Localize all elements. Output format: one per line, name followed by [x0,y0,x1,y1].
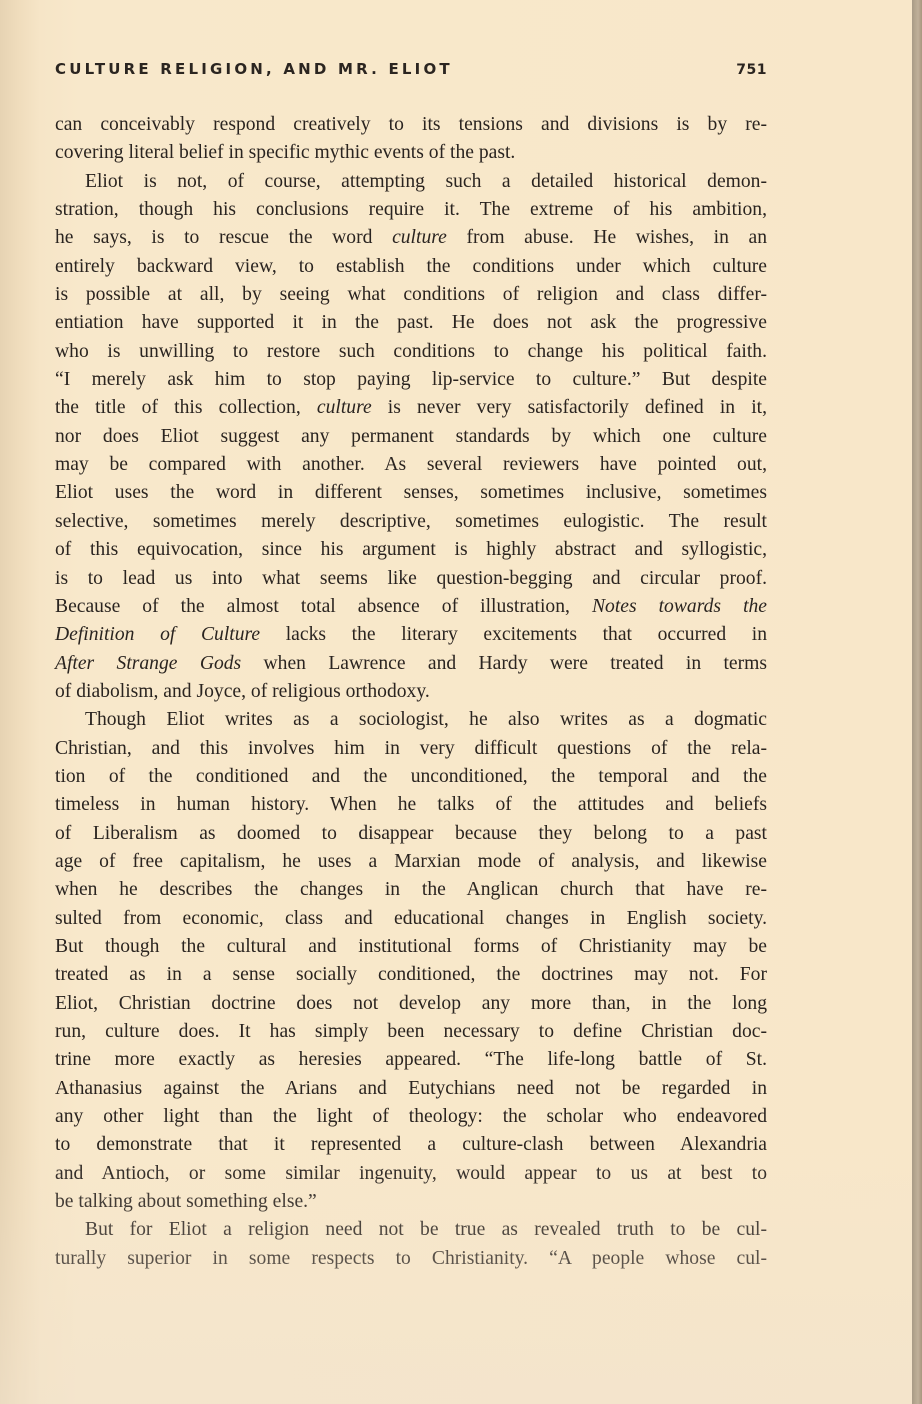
text-line: Christian, and this involves him in very… [55,735,767,763]
text-segment: covering literal belief in specific myth… [55,142,515,163]
italic-title-segment: Definition of Culture [55,624,260,645]
text-line: nor does Eliot suggest any permanent sta… [55,423,767,451]
text-line: of Liberalism as doomed to disappear bec… [55,820,767,848]
text-segment: of this equivocation, since his argument… [55,539,767,560]
running-head-title: CULTURE RELIGION, AND MR. ELIOT [55,60,453,78]
text-segment: is to lead us into what seems like quest… [55,568,767,589]
text-line: of this equivocation, since his argument… [55,536,767,564]
text-segment: selective, sometimes merely descriptive,… [55,511,767,532]
text-segment: Eliot is not, of course, attempting such… [85,171,767,192]
text-segment: can conceivably respond creatively to it… [55,114,767,135]
text-segment: to demonstrate that it represented a cul… [55,1134,767,1155]
book-page: CULTURE RELIGION, AND MR. ELIOT 751 can … [0,0,912,1404]
text-line: entiation have supported it in the past.… [55,309,767,337]
text-segment: Athanasius against the Arians and Eutych… [55,1078,767,1099]
text-segment: be talking about something else.” [55,1191,317,1212]
text-line: the title of this collection, culture is… [55,394,767,422]
text-segment: the title of this collection, [55,397,317,418]
italic-title-segment: culture [392,227,447,248]
text-line: tion of the conditioned and the uncondit… [55,763,767,791]
text-segment: entiation have supported it in the past.… [55,312,767,333]
text-line: trine more exactly as heresies appeared.… [55,1046,767,1074]
text-segment: of diabolism, and Joyce, of religious or… [55,681,430,702]
text-line: when he describes the changes in the Ang… [55,876,767,904]
body-text: can conceivably respond creatively to it… [55,111,767,1273]
text-line: Eliot, Christian doctrine does not devel… [55,990,767,1018]
text-line: and Antioch, or some similar ingenuity, … [55,1160,767,1188]
text-line: selective, sometimes merely descriptive,… [55,508,767,536]
text-segment: sulted from economic, class and educatio… [55,908,767,929]
italic-title-segment: Notes towards the [592,596,767,617]
text-line: Eliot uses the word in different senses,… [55,479,767,507]
text-line: run, culture does. It has simply been ne… [55,1018,767,1046]
text-line: of diabolism, and Joyce, of religious or… [55,678,767,706]
text-line: any other light than the light of theolo… [55,1103,767,1131]
text-segment: is never very satisfactorily defined in … [372,397,767,418]
text-line: covering literal belief in specific myth… [55,139,767,167]
text-segment: stration, though his conclusions require… [55,199,767,220]
text-line: be talking about something else.” [55,1188,767,1216]
text-segment: is possible at all, by seeing what condi… [55,284,767,305]
text-segment: turally superior in some respects to Chr… [55,1248,767,1269]
running-head: CULTURE RELIGION, AND MR. ELIOT 751 [55,60,767,84]
text-segment: nor does Eliot suggest any permanent sta… [55,426,767,447]
text-segment: Eliot, Christian doctrine does not devel… [55,993,767,1014]
text-segment: Though Eliot writes as a sociologist, he… [85,709,767,730]
text-segment: But for Eliot a religion need not be tru… [85,1219,767,1240]
text-line: Definition of Culture lacks the literary… [55,621,767,649]
text-segment: may be compared with another. As several… [55,454,767,475]
text-line: Though Eliot writes as a sociologist, he… [55,706,767,734]
text-segment: Because of the almost total absence of i… [55,596,592,617]
text-line: sulted from economic, class and educatio… [55,905,767,933]
text-line: Athanasius against the Arians and Eutych… [55,1075,767,1103]
text-segment: tion of the conditioned and the uncondit… [55,766,767,787]
text-line: to demonstrate that it represented a cul… [55,1131,767,1159]
text-line: timeless in human history. When he talks… [55,791,767,819]
text-segment: any other light than the light of theolo… [55,1106,767,1127]
text-line: stration, though his conclusions require… [55,196,767,224]
text-segment: who is unwilling to restore such conditi… [55,341,767,362]
text-line: he says, is to rescue the word culture f… [55,224,767,252]
text-segment: when he describes the changes in the Ang… [55,879,767,900]
text-segment: “I merely ask him to stop paying lip-ser… [55,369,767,390]
text-line: may be compared with another. As several… [55,451,767,479]
text-segment: he says, is to rescue the word [55,227,392,248]
text-segment: age of free capitalism, he uses a Marxia… [55,851,767,872]
text-segment: when Lawrence and Hardy were treated in … [241,653,767,674]
text-line: “I merely ask him to stop paying lip-ser… [55,366,767,394]
text-line: Eliot is not, of course, attempting such… [55,168,767,196]
text-segment: trine more exactly as heresies appeared.… [55,1049,767,1070]
text-segment: But though the cultural and institutiona… [55,936,767,957]
text-line: After Strange Gods when Lawrence and Har… [55,650,767,678]
text-segment: from abuse. He wishes, in an [447,227,767,248]
text-line: is possible at all, by seeing what condi… [55,281,767,309]
text-segment: treated as in a sense socially condition… [55,964,767,985]
italic-title-segment: After Strange Gods [55,653,241,674]
text-line: turally superior in some respects to Chr… [55,1245,767,1273]
text-line: But for Eliot a religion need not be tru… [55,1216,767,1244]
page-edge [912,0,922,1404]
page-number: 751 [736,62,767,78]
text-line: treated as in a sense socially condition… [55,961,767,989]
italic-title-segment: culture [317,397,372,418]
text-line: is to lead us into what seems like quest… [55,565,767,593]
text-line: can conceivably respond creatively to it… [55,111,767,139]
text-segment: entirely backward view, to establish the… [55,256,767,277]
text-segment: and Antioch, or some similar ingenuity, … [55,1163,767,1184]
text-segment: run, culture does. It has simply been ne… [55,1021,767,1042]
text-line: But though the cultural and institutiona… [55,933,767,961]
text-segment: Eliot uses the word in different senses,… [55,482,767,503]
text-segment: timeless in human history. When he talks… [55,794,767,815]
text-segment: lacks the literary excitements that occu… [260,624,767,645]
text-segment: Christian, and this involves him in very… [55,738,767,759]
text-segment: of Liberalism as doomed to disappear bec… [55,823,767,844]
text-line: who is unwilling to restore such conditi… [55,338,767,366]
text-line: Because of the almost total absence of i… [55,593,767,621]
text-line: entirely backward view, to establish the… [55,253,767,281]
text-line: age of free capitalism, he uses a Marxia… [55,848,767,876]
